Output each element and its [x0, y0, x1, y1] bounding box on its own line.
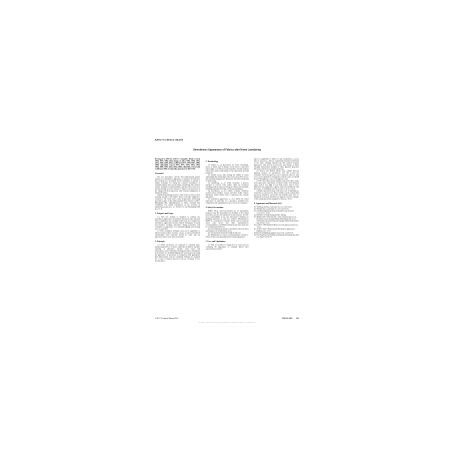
paragraph: 3.1 ballast, n.—in procedures for home l…	[205, 164, 248, 174]
paragraph: 2.1 Fabric specimens are subjected to st…	[155, 244, 200, 262]
section-heading: 2. Principle	[155, 241, 200, 243]
section-heading: Foreword	[155, 173, 200, 175]
column-left: Developed in 1967 by AATCC Committee RA6…	[155, 158, 200, 312]
section-heading: 6. Apparatus and Materials (6.1)	[254, 203, 299, 205]
text-columns: Developed in 1967 by AATCC Committee RA6…	[155, 158, 299, 312]
paragraph: 5.1 This test method is designed to be u…	[205, 244, 248, 250]
page-title: Smoothness Appearance of Fabrics after H…	[152, 148, 302, 151]
column-middle: 3. Terminology3.1 ballast, n.—in procedu…	[205, 158, 248, 312]
section-heading: 5. Uses and Limitations	[205, 241, 248, 243]
paragraph: 5.3 The three-dimensional replicas repre…	[254, 180, 299, 190]
paragraph: 5.4 Rated specimens may, with some care …	[254, 190, 299, 200]
paragraph: ing. It is applicable to fabrics of any …	[254, 158, 299, 170]
paragraph: 3.4 smoothness, n.—in a fabric, a planar…	[205, 190, 248, 198]
page-footer: AATCC Technical Manual/2010 TM 124-2010 …	[155, 318, 299, 320]
paragraph: 3.2 durable press, adj.—having the abili…	[205, 174, 248, 182]
footer-page-number: 203	[296, 318, 299, 320]
paragraph: NOTE: These safety precautions are for i…	[205, 210, 248, 228]
copyright-line: Copyright © 2010 by the American Associa…	[162, 322, 292, 324]
list-item: 6.5 Ballast: 920 × 920 mm (36 × 36 in.) …	[254, 216, 299, 224]
paragraph: Standard laundering practices cited in t…	[155, 194, 200, 210]
footer-method-number: TM 124-2010	[282, 318, 292, 320]
paragraph: 1.2 This evaluation technique may not be…	[155, 230, 200, 238]
method-number-header: AATCC Test Method 124-2010	[155, 139, 183, 141]
paragraph: 3.5 smoothness appearance, n.—in a fabri…	[205, 198, 248, 204]
page-content: AATCC Test Method 124-2010 Smoothness Ap…	[152, 136, 305, 336]
paragraph: Developed in 1967 by AATCC Committee RA6…	[155, 158, 200, 170]
section-heading: 3. Terminology	[205, 161, 248, 163]
page-inner: AATCC Test Method 124-2010 Smoothness Ap…	[152, 136, 302, 336]
paragraph: The test procedures and the three-dimens…	[155, 176, 200, 194]
footer-manual-label: AATCC Technical Manual/2010	[155, 318, 178, 320]
paragraph: 5.2 Woven and knitted fabrics may exhibi…	[254, 170, 299, 180]
column-right: ing. It is applicable to fabrics of any …	[254, 158, 299, 312]
paragraph: 4.3 Manufacturer's safety recommendation…	[205, 234, 248, 238]
document-page: AATCC Test Method 124-2010 Smoothness Ap…	[0, 0, 458, 458]
list-item: 6.9 Viewing board, including mounting an…	[254, 234, 299, 238]
paragraph: 3.3 laundering, n.—of textile materials,…	[205, 182, 248, 190]
paragraph: 1.1 This test method is designed to eval…	[155, 216, 200, 230]
footer-right-group: TM 124-2010 203	[282, 318, 299, 320]
section-heading: 1. Purpose and Scope	[155, 213, 200, 215]
section-heading: 4. Safety Precautions	[205, 207, 248, 209]
